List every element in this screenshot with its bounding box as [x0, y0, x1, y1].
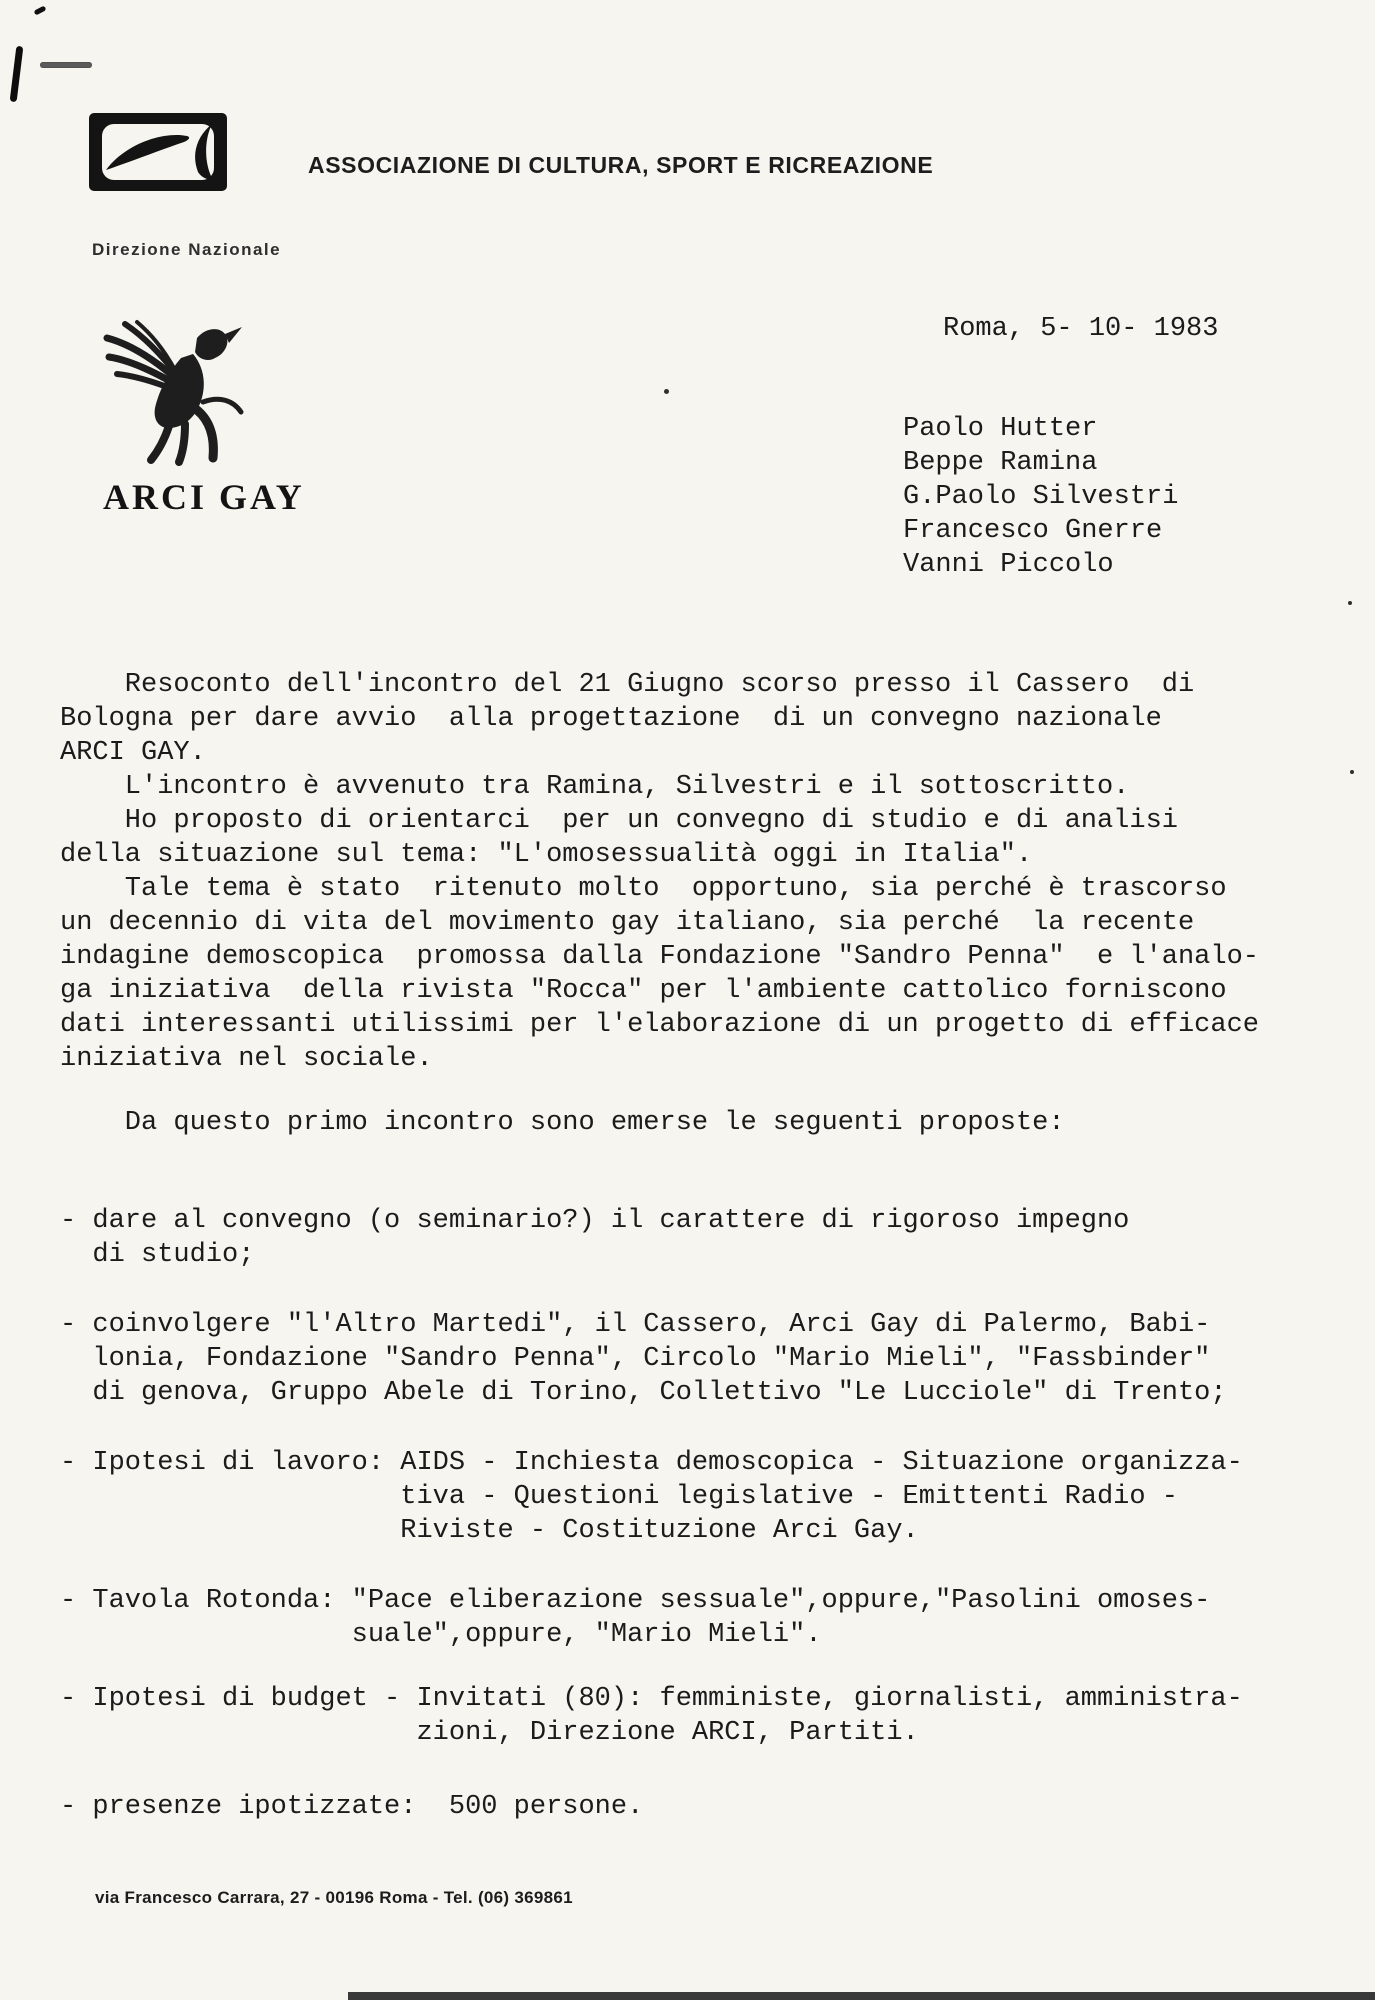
letterhead-address: via Francesco Carrara, 27 - 00196 Roma -…: [95, 1888, 573, 1908]
body-line: iniziativa nel sociale.: [60, 1042, 1360, 1076]
arci-box-logo-icon: [88, 112, 228, 197]
body-line: un decennio di vita del movimento gay it…: [60, 906, 1360, 940]
body-line: della situazione sul tema: "L'omosessual…: [60, 838, 1360, 872]
body-paragraphs: Resoconto dell'incontro del 21 Giugno sc…: [60, 668, 1360, 1076]
letter-body: Resoconto dell'incontro del 21 Giugno sc…: [60, 668, 1360, 1824]
recipient-name: Paolo Hutter: [903, 412, 1178, 446]
dateline: Roma, 5- 10- 1983: [943, 312, 1218, 346]
body-line: Resoconto dell'incontro del 21 Giugno sc…: [60, 668, 1360, 702]
scan-edge-artifact: [348, 1992, 1375, 2000]
recipient-list: Paolo HutterBeppe RaminaG.Paolo Silvestr…: [903, 412, 1178, 582]
scan-speck: [664, 389, 669, 394]
intro-line: Da questo primo incontro sono emerse le …: [60, 1106, 1360, 1140]
winged-griffin-emblem-icon: [85, 310, 255, 475]
body-line: Tale tema è stato ritenuto molto opportu…: [60, 872, 1360, 906]
pen-mark-dot: [34, 5, 47, 15]
proposal-item-4: - Tavola Rotonda: "Pace eliberazione ses…: [60, 1584, 1360, 1652]
body-line: indagine demoscopica promossa dalla Fond…: [60, 940, 1360, 974]
proposal-item-6: - presenze ipotizzate: 500 persone.: [60, 1790, 1360, 1824]
proposal-line: - coinvolgere "l'Altro Martedi", il Cass…: [60, 1308, 1360, 1342]
proposal-line: suale",oppure, "Mario Mieli".: [60, 1618, 1360, 1652]
pen-mark-stroke: [10, 46, 24, 102]
proposal-line: Riviste - Costituzione Arci Gay.: [60, 1514, 1360, 1548]
proposal-item-1: - dare al convegno (o seminario?) il car…: [60, 1204, 1360, 1272]
proposal-line: lonia, Fondazione "Sandro Penna", Circol…: [60, 1342, 1360, 1376]
proposal-line: di genova, Gruppo Abele di Torino, Colle…: [60, 1376, 1360, 1410]
proposal-line: - dare al convegno (o seminario?) il car…: [60, 1204, 1360, 1238]
recipient-name: G.Paolo Silvestri: [903, 480, 1178, 514]
proposal-item-2: - coinvolgere "l'Altro Martedi", il Cass…: [60, 1308, 1360, 1410]
body-line: Ho proposto di orientarci per un convegn…: [60, 804, 1360, 838]
proposal-line: tiva - Questioni legislative - Emittenti…: [60, 1480, 1360, 1514]
proposal-item-5: - Ipotesi di budget - Invitati (80): fem…: [60, 1682, 1360, 1750]
org-name: ARCI GAY: [103, 476, 305, 518]
proposal-line: di studio;: [60, 1238, 1360, 1272]
pen-mark-dash: [40, 62, 92, 68]
body-line: ga iniziativa della rivista "Rocca" per …: [60, 974, 1360, 1008]
body-line: ARCI GAY.: [60, 736, 1360, 770]
proposal-line: - Tavola Rotonda: "Pace eliberazione ses…: [60, 1584, 1360, 1618]
proposal-line: - presenze ipotizzate: 500 persone.: [60, 1790, 1360, 1824]
scanned-letter-page: ASSOCIAZIONE DI CULTURA, SPORT E RICREAZ…: [0, 0, 1375, 2000]
recipient-name: Beppe Ramina: [903, 446, 1178, 480]
proposal-line: zioni, Direzione ARCI, Partiti.: [60, 1716, 1360, 1750]
body-line: dati interessanti utilissimi per l'elabo…: [60, 1008, 1360, 1042]
body-line: Bologna per dare avvio alla progettazion…: [60, 702, 1360, 736]
scan-speck: [1348, 601, 1352, 605]
association-title: ASSOCIAZIONE DI CULTURA, SPORT E RICREAZ…: [308, 152, 933, 179]
proposal-line: - Ipotesi di budget - Invitati (80): fem…: [60, 1682, 1360, 1716]
division-label: Direzione Nazionale: [92, 240, 281, 260]
scan-speck: [1350, 770, 1354, 774]
recipient-name: Francesco Gnerre: [903, 514, 1178, 548]
proposal-line: - Ipotesi di lavoro: AIDS - Inchiesta de…: [60, 1446, 1360, 1480]
proposal-item-3: - Ipotesi di lavoro: AIDS - Inchiesta de…: [60, 1446, 1360, 1548]
body-line: L'incontro è avvenuto tra Ramina, Silves…: [60, 770, 1360, 804]
recipient-name: Vanni Piccolo: [903, 548, 1178, 582]
